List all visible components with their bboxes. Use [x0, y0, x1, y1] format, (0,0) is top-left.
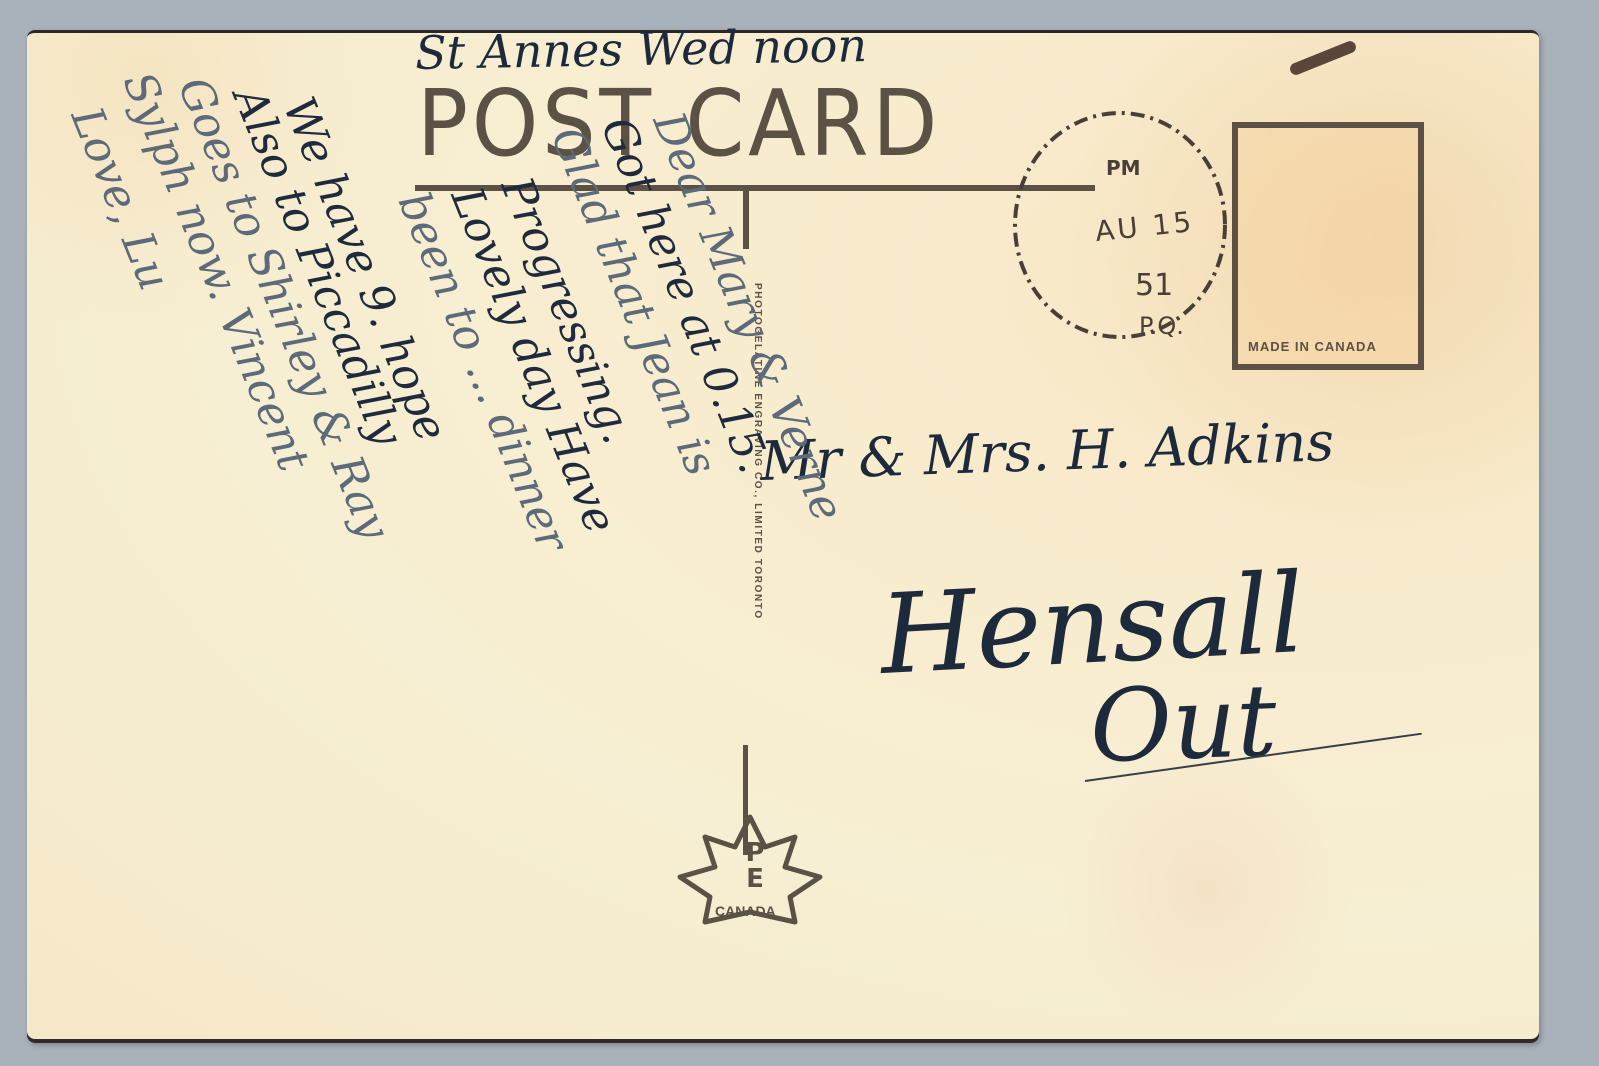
postmark-province: P.Q.	[1139, 312, 1184, 340]
logo-letter: P	[735, 840, 775, 866]
postmark-time: PM	[1106, 156, 1141, 180]
handwritten-message: Dear Mary & Verne Got here at 0.15. Glad…	[40, 50, 740, 990]
postmark-year: 51	[1135, 268, 1173, 303]
stamp-box-label: MADE IN CANADA	[1248, 339, 1377, 354]
logo-letter: E	[735, 866, 775, 892]
logo-letters: P E	[735, 840, 775, 892]
stamp-box: MADE IN CANADA	[1232, 122, 1424, 370]
